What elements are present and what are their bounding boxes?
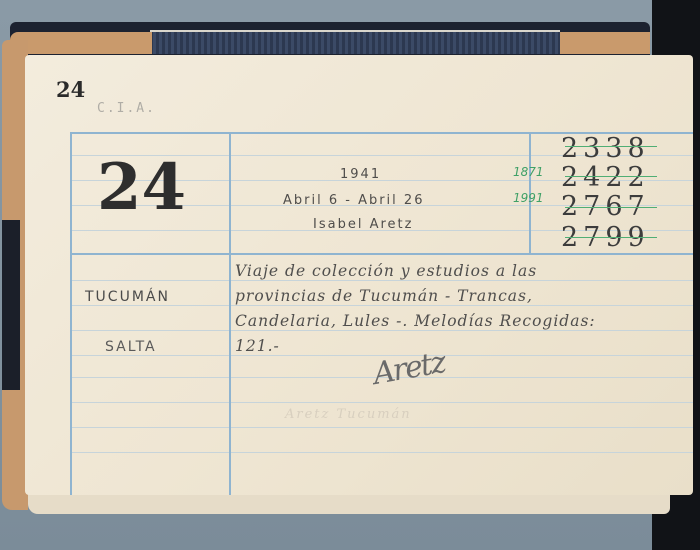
strike-line — [565, 176, 657, 177]
table-col-divider — [229, 132, 231, 495]
register-number: 2338 — [561, 135, 650, 162]
entry-description: Viaje de colección y estudios a las prov… — [235, 259, 695, 359]
ruled-line — [70, 427, 693, 428]
page-number: 24 — [56, 77, 85, 102]
notebook-page: 24 C.I.A. 24 1941 Abril 6 - Abril 26 Isa… — [25, 55, 693, 495]
ruled-line — [70, 452, 693, 453]
ruled-line — [70, 402, 693, 403]
place-salta: SALTA — [105, 339, 157, 355]
description-line: provincias de Tucumán - Trancas, — [235, 284, 695, 309]
description-line: Candelaria, Lules -. Melodías Recogidas: — [235, 309, 695, 334]
entry-collector: Isabel Aretz — [313, 217, 413, 232]
green-annotation: 1991 — [513, 191, 544, 205]
entry-number: 24 — [97, 150, 186, 225]
description-line: 121.- — [235, 334, 695, 359]
green-annotation: 1871 — [513, 165, 544, 179]
strike-line — [565, 207, 657, 208]
description-line: Viaje de colección y estudios a las — [235, 259, 695, 284]
place-tucuman: TUCUMÁN — [85, 289, 170, 305]
table-left-border — [70, 132, 72, 495]
strike-line — [565, 146, 657, 147]
cover-cloth-patch — [2, 220, 20, 390]
cover-corner-left — [10, 32, 152, 54]
faint-erased-text: Aretz Tucumán — [285, 407, 412, 422]
entry-year: 1941 — [340, 167, 381, 182]
register-number: 2422 — [561, 164, 650, 191]
spine-cloth-binding — [150, 30, 560, 54]
table-mid-border — [70, 253, 693, 255]
strike-line — [565, 237, 657, 238]
cover-corner-right — [560, 32, 650, 54]
archive-code: C.I.A. — [97, 101, 156, 116]
entry-dates: Abril 6 - Abril 26 — [283, 193, 424, 208]
